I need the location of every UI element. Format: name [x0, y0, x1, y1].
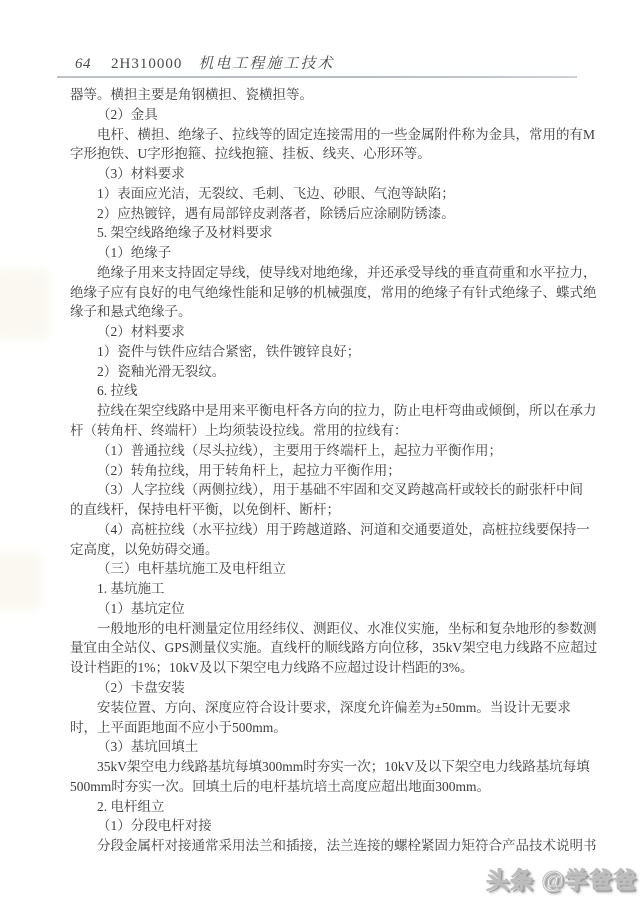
text-line: （3）基坑回填土 [70, 737, 590, 757]
body-text: 器等。横担主要是角钢横担、瓷横担等。（2）金具电杆、横担、绝缘子、拉线等的固定连… [70, 85, 590, 856]
text-line: 缘子和悬式绝缘子。 [70, 302, 590, 322]
text-line: 电杆、横担、绝缘子、拉线等的固定连接需用的一些金属附件称为金具，常用的有M [70, 125, 590, 145]
text-line: 绝缘子应有良好的电气绝缘性能和足够的机械强度，常用的绝缘子有针式绝缘子、蝶式绝 [70, 283, 590, 303]
text-line: 器等。横担主要是角钢横担、瓷横担等。 [70, 85, 590, 105]
text-line: 35kV架空电力线路基坑每填300mm时夯实一次；10kV及以下架空电力线路基坑… [70, 757, 590, 777]
text-line: （2）金具 [70, 105, 590, 125]
text-line: 1）表面应光洁，无裂纹、毛刺、飞边、砂眼、气泡等缺陷； [70, 184, 590, 204]
text-line: 杆（转角杆、终端杆）上均须装设拉线。常用的拉线有： [70, 421, 590, 441]
page-container: 64 2H310000 机电工程施工技术 器等。横担主要是角钢横担、瓷横担等。（… [0, 0, 640, 903]
text-line: 定高度，以免妨碍交通。 [70, 540, 590, 560]
text-line: 2）瓷釉光滑无裂纹。 [70, 362, 590, 382]
text-line: （2）材料要求 [70, 322, 590, 342]
course-title: 机电工程施工技术 [198, 52, 334, 73]
text-line: 时，上平面距地面不应小于500mm。 [70, 718, 590, 738]
text-line: （1）基坑定位 [70, 599, 590, 619]
text-line: 拉线在架空线路中是用来平衡电杆各方向的拉力，防止电杆弯曲或倾倒，所以在承力 [70, 401, 590, 421]
text-line: （三）电杆基坑施工及电杆组立 [70, 559, 590, 579]
text-line: （3）材料要求 [70, 164, 590, 184]
text-line: 1）瓷件与铁件应结合紧密，铁件镀锌良好； [70, 342, 590, 362]
text-line: 分段金属杆对接通常采用法兰和插接，法兰连接的螺栓紧固力矩符合产品技术说明书 [70, 836, 590, 856]
scan-smudge [0, 552, 42, 610]
text-line: 5. 架空线路绝缘子及材料要求 [70, 223, 590, 243]
header-rule [57, 76, 577, 78]
text-line: 量宜由全站仪、GPS测量仪实施。直线杆的顺线路方向位移，35kV架空电力线路不应… [70, 638, 590, 658]
text-line: 字形抱铁、U字形抱箍、拉线抱箍、挂板、线夹、心形环等。 [70, 144, 590, 164]
text-line: 500mm时夯实一次。回填土后的电杆基坑培土高度应超出地面300mm。 [70, 777, 590, 797]
text-line: （2）转角拉线，用于转角杆上，起拉力平衡作用； [70, 461, 590, 481]
page-header: 64 2H310000 机电工程施工技术 [75, 52, 334, 73]
text-line: （1）绝缘子 [70, 243, 590, 263]
text-line: （4）高桩拉线（水平拉线）用于跨越道路、河道和交通要道处，高桩拉线要保持一 [70, 520, 590, 540]
text-line: 2）应热镀锌，遇有局部锌皮剥落者，除锈后应涂刷防锈漆。 [70, 204, 590, 224]
text-line: （2）卡盘安装 [70, 678, 590, 698]
course-code: 2H310000 [111, 56, 182, 73]
page-number: 64 [75, 56, 91, 73]
text-line: （1）分段电杆对接 [70, 816, 590, 836]
text-line: （1）普通拉线（尽头拉线），主要用于终端杆上，起拉力平衡作用； [70, 441, 590, 461]
text-line: 一般地形的电杆测量定位用经纬仪、测距仪、水准仪实施，坐标和复杂地形的参数测 [70, 619, 590, 639]
watermark: 头条 @学爸爸 [486, 862, 637, 895]
text-line: 安装位置、方向、深度应符合设计要求，深度允许偏差为±50mm。当设计无要求 [70, 698, 590, 718]
text-line: 1. 基坑施工 [70, 579, 590, 599]
text-line: 的直线杆，保持电杆平衡，以免倒杆、断杆； [70, 500, 590, 520]
scan-smudge [0, 268, 50, 340]
text-line: 设计档距的1%；10kV及以下架空电力线路不应超过设计档距的3%。 [70, 658, 590, 678]
text-line: 2. 电杆组立 [70, 797, 590, 817]
text-line: 6. 拉线 [70, 381, 590, 401]
text-line: （3）人字拉线（两侧拉线），用于基础不牢固和交叉跨越高杆或较长的耐张杆中间 [70, 480, 590, 500]
text-line: 绝缘子用来支持固定导线，使导线对地绝缘，并还承受导线的垂直荷重和水平拉力， [70, 263, 590, 283]
